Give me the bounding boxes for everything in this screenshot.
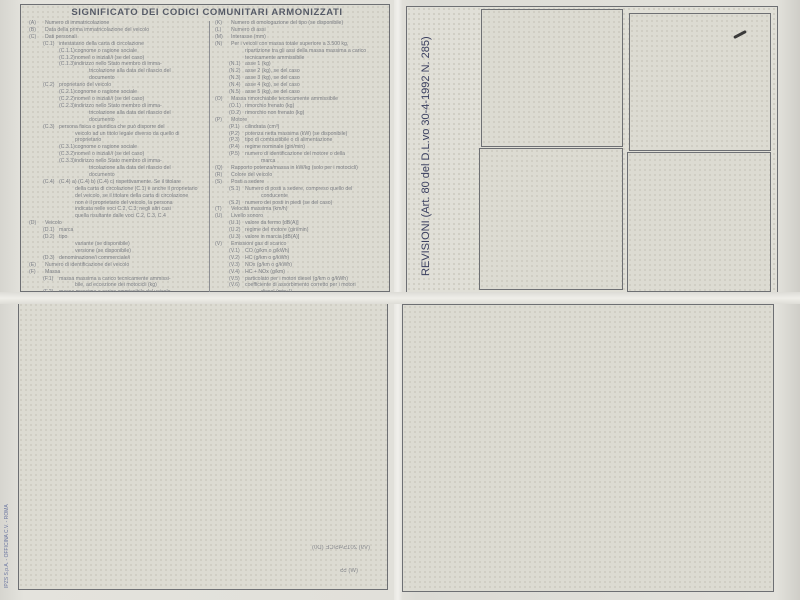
legend-row: (C.3.2)nome/i o iniziali/i (se del caso)	[29, 151, 209, 158]
legend-row: (L)Numero di assi	[215, 27, 387, 34]
legend-row: (U.1)valore da fermo [dB(A)]	[215, 220, 387, 227]
legend-code: (E)	[29, 262, 45, 269]
legend-code: (N)	[215, 41, 231, 48]
legend-row: (Q)Rapporto potenza/massa in kW/kg (solo…	[215, 165, 387, 172]
legend-code: (C.3)	[43, 124, 59, 131]
legend-row: (V)Emissioni gas di scarico	[215, 241, 387, 248]
legend-row: documento	[29, 172, 209, 179]
legend-code: (B)	[29, 27, 45, 34]
legend-row: (V.4)HC + NOx (g/km)	[215, 269, 387, 276]
legend-text: Numero di immatricolazione	[45, 20, 109, 26]
legend-row: tricolazione alla data del rilascio del	[29, 165, 209, 172]
legend-row: (P.4)regime nominale (giri/min)	[215, 144, 387, 151]
legend-text: indirizzo nello Stato membro di imma-	[75, 103, 162, 109]
legend-text: nome/i o iniziali/i (se del caso)	[75, 151, 144, 157]
legend-row: (O.2)rimorchio non frenato (kg)	[215, 110, 387, 117]
legend-code: (O.2)	[229, 110, 245, 117]
legend-text: Dati personali	[45, 34, 77, 40]
legend-row: documento	[29, 117, 209, 124]
legend-code: (C.3.1)	[59, 144, 75, 151]
legend-text: bile, ad eccezione dei motocicli (kg)	[75, 282, 157, 288]
legend-code: (V.6)	[229, 282, 245, 289]
legend-text: regime nominale (giri/min)	[245, 144, 305, 150]
legend-code: (A)	[29, 20, 45, 27]
legend-code: (N.2)	[229, 68, 245, 75]
legend-text: asse 1 (kg)	[245, 61, 271, 67]
legend-text: Massa	[45, 269, 60, 275]
codes-legend-panel: SIGNIFICATO DEI CODICI COMUNITARI ARMONI…	[20, 4, 390, 292]
legend-code: (C.1.3)	[59, 61, 75, 68]
legend-text: indirizzo nello Stato membro di imma-	[75, 61, 162, 67]
legend-row: (C.1)intestatario della carta di circola…	[29, 41, 209, 48]
legend-row: (N.1)asse 1 (kg)	[215, 61, 387, 68]
legend-code: (C.1.1)	[59, 48, 75, 55]
legend-text: valore in marcia [dB(A)]	[245, 234, 299, 240]
legend-row: (K)Numero di omologazione del tipo (se d…	[215, 20, 387, 27]
legend-code: (D.3)	[43, 255, 59, 262]
legend-row: (E)Numero di identificazione del veicolo	[29, 262, 209, 269]
legend-text: persona fisica o giuridica che può dispo…	[59, 124, 165, 130]
legend-code: (D.1)	[43, 227, 59, 234]
legend-code: (P)	[215, 117, 231, 124]
legend-text: CO (g/km o g/kWh)	[245, 248, 289, 254]
printer-imprint: IPZS S.p.A. - OFFICINA C.V. - ROMA	[4, 504, 10, 588]
legend-row: indicata nelle voci C.2, C.3; negli altr…	[29, 206, 209, 213]
legend-code: (P.5)	[229, 151, 245, 158]
legend-text: Numero di posti a sedere, compreso quell…	[245, 186, 352, 192]
legend-code: (F.1)	[43, 276, 59, 283]
legend-row: (C.2.2)nome/i o iniziali/i (se del caso)	[29, 96, 209, 103]
legend-row: (V.5)particolato per i motori diesel (g/…	[215, 276, 387, 283]
legend-text: Colore del veicolo	[231, 172, 272, 178]
legend-text: ripartizione tra gli assi della massa ma…	[245, 48, 366, 54]
legend-row: (P.2)potenza netta massima (kW) (se disp…	[215, 131, 387, 138]
legend-code: (V.5)	[229, 276, 245, 283]
legend-text: asse 4 (kg), se del caso	[245, 82, 300, 88]
legend-text: Interasse (mm)	[231, 34, 266, 40]
legend-text: documento	[89, 75, 115, 81]
legend-row: (C.1.2)nome/i o iniziali/i (se del caso)	[29, 55, 209, 62]
legend-code: (L)	[215, 27, 231, 34]
legend-row: quella risultante dalle voci C.2, C.3, C…	[29, 213, 209, 220]
legend-row: (P.1)cilindrata (cm³)	[215, 124, 387, 131]
legend-row: (T)Velocità massima (km/h)	[215, 206, 387, 213]
legend-text: Massa rimorchiabile tecnicamente ammissi…	[231, 96, 338, 102]
legend-row: (N.3)asse 3 (kg), se del caso	[215, 75, 387, 82]
legend-code: (V.3)	[229, 262, 245, 269]
legend-code: (C)	[29, 34, 45, 41]
legend-row: tecnicamente ammissibile	[215, 55, 387, 62]
legend-row: (S.2)numero dei posti in piedi (se del c…	[215, 200, 387, 207]
legend-text: massa massima a carico tecnicamente ammi…	[59, 276, 171, 282]
legend-row: (V.6)coefficiente di assorbimento corret…	[215, 282, 387, 289]
legend-text: della carta di circolazione (C.1) è anch…	[75, 186, 198, 192]
legend-row: (A)Numero di immatricolazione	[29, 20, 209, 27]
legend-row: (N.5)asse 5 (kg), se del caso	[215, 89, 387, 96]
legend-row: (C.3.3)indirizzo nello Stato membro di i…	[29, 158, 209, 165]
legend-text: proprietario del veicolo	[59, 82, 111, 88]
legend-row: (C.3)persona fisica o giuridica che può …	[29, 124, 209, 131]
legend-text: Per i veicoli con massa totale superiore…	[231, 41, 348, 47]
legend-text: variante (se disponibile)	[75, 241, 130, 247]
legend-text: rimorchio non frenato (kg)	[245, 110, 304, 116]
legend-row: (R)Colore del veicolo	[215, 172, 387, 179]
legend-code: (S.1)	[229, 186, 245, 193]
legend-text: Velocità massima (km/h)	[231, 206, 288, 212]
legend-code: (V)	[215, 241, 231, 248]
legend-row: (N.2)asse 2 (kg), se del caso	[215, 68, 387, 75]
legend-code: (F)	[29, 269, 45, 276]
legend-text: coefficiente di assorbimento corretto pe…	[245, 282, 356, 288]
legend-text: particolato per i motori diesel (g/km o …	[245, 276, 348, 282]
legend-row: (S.1)Numero di posti a sedere, compreso …	[215, 186, 387, 193]
legend-text: conducente	[261, 193, 288, 199]
legend-text: del veicolo, se il titolare della carta …	[75, 193, 188, 199]
legend-row: (C.2.3)indirizzo nello Stato membro di i…	[29, 103, 209, 110]
legend-row: (S)Posti a sedere	[215, 179, 387, 186]
legend-code: (U)	[215, 213, 231, 220]
legend-text: nome/i o iniziali/i (se del caso)	[75, 96, 144, 102]
legend-text: asse 3 (kg), se del caso	[245, 75, 300, 81]
legend-code: (N.3)	[229, 75, 245, 82]
legend-row: non è il proprietario del veicolo, la pe…	[29, 200, 209, 207]
legend-text: Rapporto potenza/massa in kW/kg (solo pe…	[231, 165, 358, 171]
legend-text: tipo	[59, 234, 67, 240]
legend-row: veicolo ad un titolo legale diverso da q…	[29, 131, 209, 138]
legend-text: documento	[89, 172, 115, 178]
legend-row: (C.3.1)cognome o ragione sociale	[29, 144, 209, 151]
bleed-through-text: (V9) 2015/45/CE (D0)	[312, 545, 370, 551]
legend-row: (C.2.1)cognome o ragione sociale	[29, 89, 209, 96]
legend-text: Motore	[231, 117, 247, 123]
legend-text: (C.4) a) (C.4) b) (C.4) c) rispettivamen…	[59, 179, 181, 185]
legend-row: variante (se disponibile)	[29, 241, 209, 248]
legend-row: tricolazione alla data del rilascio del	[29, 110, 209, 117]
legend-text: intestatario della carta di circolazione	[59, 41, 144, 47]
legend-text: HC (g/km o g/kWh)	[245, 255, 289, 261]
legend-text: Livello sonoro	[231, 213, 263, 219]
legend-text: documento	[89, 117, 115, 123]
legend-row: (F.1)massa massima a carico tecnicamente…	[29, 276, 209, 283]
legend-code: (C.3.3)	[59, 158, 75, 165]
legend-code: (O.1)	[229, 103, 245, 110]
legend-text: HC + NOx (g/km)	[245, 269, 285, 275]
legend-row: (V.1)CO (g/km o g/kWh)	[215, 248, 387, 255]
legend-code: (R)	[215, 172, 231, 179]
legend-text: potenza netta massima (kW) (se disponibi…	[245, 131, 347, 137]
legend-text: numero dei posti in piedi (se del caso)	[245, 200, 332, 206]
legend-text: NOx (g/km o g/kWh)	[245, 262, 292, 268]
revision-stamp-box-1	[481, 9, 623, 147]
legend-code: (C.2)	[43, 82, 59, 89]
legend-row: (N.4)asse 4 (kg), se del caso	[215, 82, 387, 89]
legend-code: (C.3.2)	[59, 151, 75, 158]
legend-row: (C.2)proprietario del veicolo	[29, 82, 209, 89]
legend-row: (M)Interasse (mm)	[215, 34, 387, 41]
legend-row: (D.2)tipo	[29, 234, 209, 241]
legend-row: (C.1.1)cognome o ragione sociale	[29, 48, 209, 55]
legend-text: Veicolo	[45, 220, 62, 226]
legend-code: (K)	[215, 20, 231, 27]
legend-row: (C.1.3)indirizzo nello Stato membro di i…	[29, 61, 209, 68]
legend-row: (O)Massa rimorchiabile tecnicamente ammi…	[215, 96, 387, 103]
bleed-through-text-2: (W) 55	[340, 568, 358, 574]
legend-code: (C.2.1)	[59, 89, 75, 96]
legend-code: (D)	[29, 220, 45, 227]
legend-code: (C.4)	[43, 179, 59, 186]
legend-text: indicata nelle voci C.2, C.3; negli altr…	[75, 206, 171, 212]
revisions-label: REVISIONI (Art. 80 del D.L.vo 30-4-1992 …	[420, 36, 438, 276]
legend-row: (D)Veicolo	[29, 220, 209, 227]
legend-code: (N.1)	[229, 61, 245, 68]
legend-code: (N.5)	[229, 89, 245, 96]
legend-code: (C.1.2)	[59, 55, 75, 62]
legend-row: (U.2)regime del motore (giri/min)	[215, 227, 387, 234]
legend-text: cognome o ragione sociale	[75, 89, 137, 95]
legend-text: cognome o ragione sociale	[75, 48, 137, 54]
legend-row: (F)Massa	[29, 269, 209, 276]
legend-row: proprietario	[29, 137, 209, 144]
revision-stamp-box-3	[479, 148, 623, 290]
legend-text: veicolo ad un titolo legale diverso da q…	[75, 131, 179, 137]
legend-code: (P.1)	[229, 124, 245, 131]
legend-row: (D.3)denominazione/i commerciale/i	[29, 255, 209, 262]
legend-code: (Q)	[215, 165, 231, 172]
legend-row: (V.2)HC (g/km o g/kWh)	[215, 255, 387, 262]
legend-text: Posti a sedere	[231, 179, 264, 185]
legend-text: marca	[261, 158, 275, 164]
legend-text: marca	[59, 227, 73, 233]
legend-code: (S)	[215, 179, 231, 186]
legend-code: (P.4)	[229, 144, 245, 151]
legend-text: denominazione/i commerciale/i	[59, 255, 130, 261]
legend-code: (U.3)	[229, 234, 245, 241]
legend-row: conducente	[215, 193, 387, 200]
legend-row: (D.1)marca	[29, 227, 209, 234]
legend-title: SIGNIFICATO DEI CODICI COMUNITARI ARMONI…	[35, 7, 379, 18]
legend-text: asse 5 (kg), se del caso	[245, 89, 300, 95]
legend-text: tricolazione alla data del rilascio del	[89, 68, 171, 74]
legend-text: proprietario	[75, 137, 101, 143]
legend-code: (T)	[215, 206, 231, 213]
legend-row: (P)Motore	[215, 117, 387, 124]
legend-text: cognome o ragione sociale	[75, 144, 137, 150]
legend-text: quella risultante dalle voci C.2, C.3, C…	[75, 213, 166, 219]
legend-text: Numero di omologazione del tipo (se disp…	[231, 20, 343, 26]
legend-code: (V.4)	[229, 269, 245, 276]
legend-text: Numero di assi	[231, 27, 266, 33]
revision-stamp-box-4	[627, 152, 771, 292]
legend-code: (N.4)	[229, 82, 245, 89]
bottom-right-blank-panel	[402, 304, 774, 592]
legend-code: (P.3)	[229, 137, 245, 144]
legend-text: nome/i o iniziali/i (se del caso)	[75, 55, 144, 61]
legend-row: versione (se disponibile)	[29, 248, 209, 255]
legend-code: (V.1)	[229, 248, 245, 255]
legend-text: Emissioni gas di scarico	[231, 241, 286, 247]
revision-stamp-box-2	[629, 13, 771, 151]
legend-row: (N)Per i veicoli con massa totale superi…	[215, 41, 387, 48]
legend-row: (C.4)(C.4) a) (C.4) b) (C.4) c) rispetti…	[29, 179, 209, 186]
legend-row: documento	[29, 75, 209, 82]
legend-text: tecnicamente ammissibile	[245, 55, 304, 61]
legend-code: (S.2)	[229, 200, 245, 207]
legend-code: (M)	[215, 34, 231, 41]
legend-row: ripartizione tra gli assi della massa ma…	[215, 48, 387, 55]
legend-text: tricolazione alla data del rilascio del	[89, 110, 171, 116]
legend-code: (D.2)	[43, 234, 59, 241]
legend-code: (C.1)	[43, 41, 59, 48]
legend-text: Numero di identificazione del veicolo	[45, 262, 129, 268]
legend-text: regime del motore (giri/min)	[245, 227, 308, 233]
legend-text: asse 2 (kg), se del caso	[245, 68, 300, 74]
legend-row: (V.3)NOx (g/km o g/kWh)	[215, 262, 387, 269]
legend-row: (P.5)numero di identificazione del motor…	[215, 151, 387, 158]
legend-text: versione (se disponibile)	[75, 248, 131, 254]
legend-text: cilindrata (cm³)	[245, 124, 279, 130]
legend-code: (U.1)	[229, 220, 245, 227]
legend-row: (O.1)rimorchio frenato (kg)	[215, 103, 387, 110]
legend-row: (C)Dati personali	[29, 34, 209, 41]
legend-text: non è il proprietario del veicolo, la pe…	[75, 200, 172, 206]
legend-code: (C.2.3)	[59, 103, 75, 110]
legend-text: valore da fermo [dB(A)]	[245, 220, 299, 226]
legend-code: (C.2.2)	[59, 96, 75, 103]
legend-row: (B)Data della prima immatricolazione del…	[29, 27, 209, 34]
horizontal-fold	[0, 292, 800, 304]
legend-text: indirizzo nello Stato membro di imma-	[75, 158, 162, 164]
legend-code: (P.2)	[229, 131, 245, 138]
legend-text: tricolazione alla data del rilascio del	[89, 165, 171, 171]
legend-row: (P.3)tipo di combustibile o di alimentaz…	[215, 137, 387, 144]
legend-row: del veicolo, se il titolare della carta …	[29, 193, 209, 200]
legend-code: (V.2)	[229, 255, 245, 262]
column-divider	[209, 21, 210, 293]
legend-row: tricolazione alla data del rilascio del	[29, 68, 209, 75]
legend-row: bile, ad eccezione dei motocicli (kg)	[29, 282, 209, 289]
legend-code: (O)	[215, 96, 231, 103]
legend-row: marca	[215, 158, 387, 165]
legend-text: tipo di combustibile o di alimentazione	[245, 137, 332, 143]
legend-row: della carta di circolazione (C.1) è anch…	[29, 186, 209, 193]
legend-row: (U)Livello sonoro	[215, 213, 387, 220]
legend-text: numero di identificazione del motore o d…	[245, 151, 345, 157]
legend-row: (U.3)valore in marcia [dB(A)]	[215, 234, 387, 241]
legend-text: rimorchio frenato (kg)	[245, 103, 294, 109]
legend-code: (U.2)	[229, 227, 245, 234]
legend-text: Data della prima immatricolazione del ve…	[45, 27, 149, 33]
